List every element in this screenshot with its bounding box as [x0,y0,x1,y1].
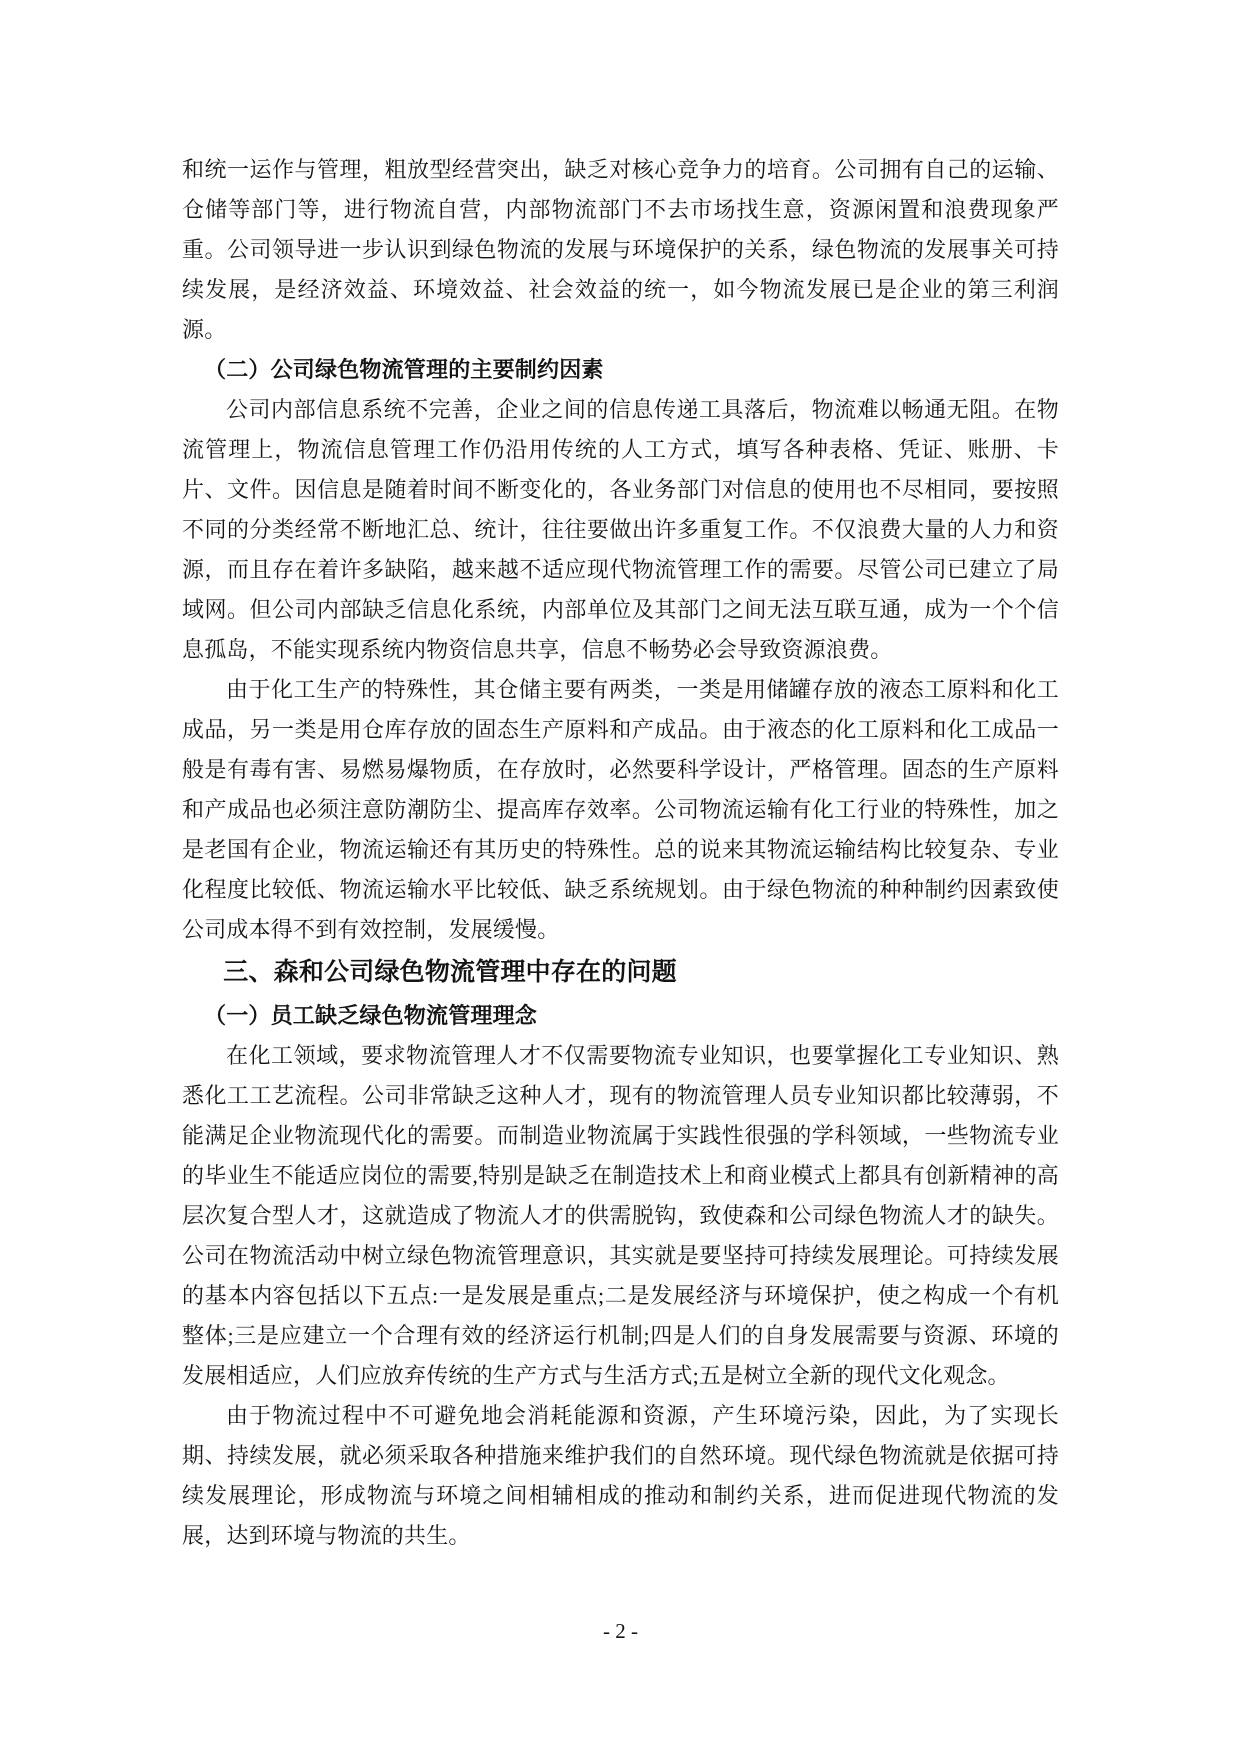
subsection-heading-constraints: （二）公司绿色物流管理的主要制约因素 [182,350,1059,390]
body-paragraph-talent-shortage: 在化工领域，要求物流管理人才不仅需要物流专业知识，也要掌握化工专业知识、熟悉化工… [182,1036,1059,1396]
body-paragraph-sustainable-logistics: 由于物流过程中不可避免地会消耗能源和资源，产生环境污染，因此，为了实现长期、持续… [182,1396,1059,1556]
section-heading-problems: 三、森和公司绿色物流管理中存在的问题 [182,950,1059,996]
page-number: - 2 - [603,1619,638,1643]
page-footer: - 2 - [0,1616,1241,1646]
body-paragraph-continuation: 和统一运作与管理，粗放型经营突出，缺乏对核心竞争力的培育。公司拥有自己的运输、仓… [182,150,1059,350]
document-page: 和统一运作与管理，粗放型经营突出，缺乏对核心竞争力的培育。公司拥有自己的运输、仓… [0,0,1241,1754]
document-body: 和统一运作与管理，粗放型经营突出，缺乏对核心竞争力的培育。公司拥有自己的运输、仓… [182,150,1059,1556]
body-paragraph-chemical-storage: 由于化工生产的特殊性，其仓储主要有两类，一类是用储罐存放的液态工原料和化工成品，… [182,670,1059,950]
body-paragraph-information-system: 公司内部信息系统不完善，企业之间的信息传递工具落后，物流难以畅通无阻。在物流管理… [182,390,1059,670]
subsection-heading-staff-concept: （一）员工缺乏绿色物流管理理念 [182,996,1059,1036]
